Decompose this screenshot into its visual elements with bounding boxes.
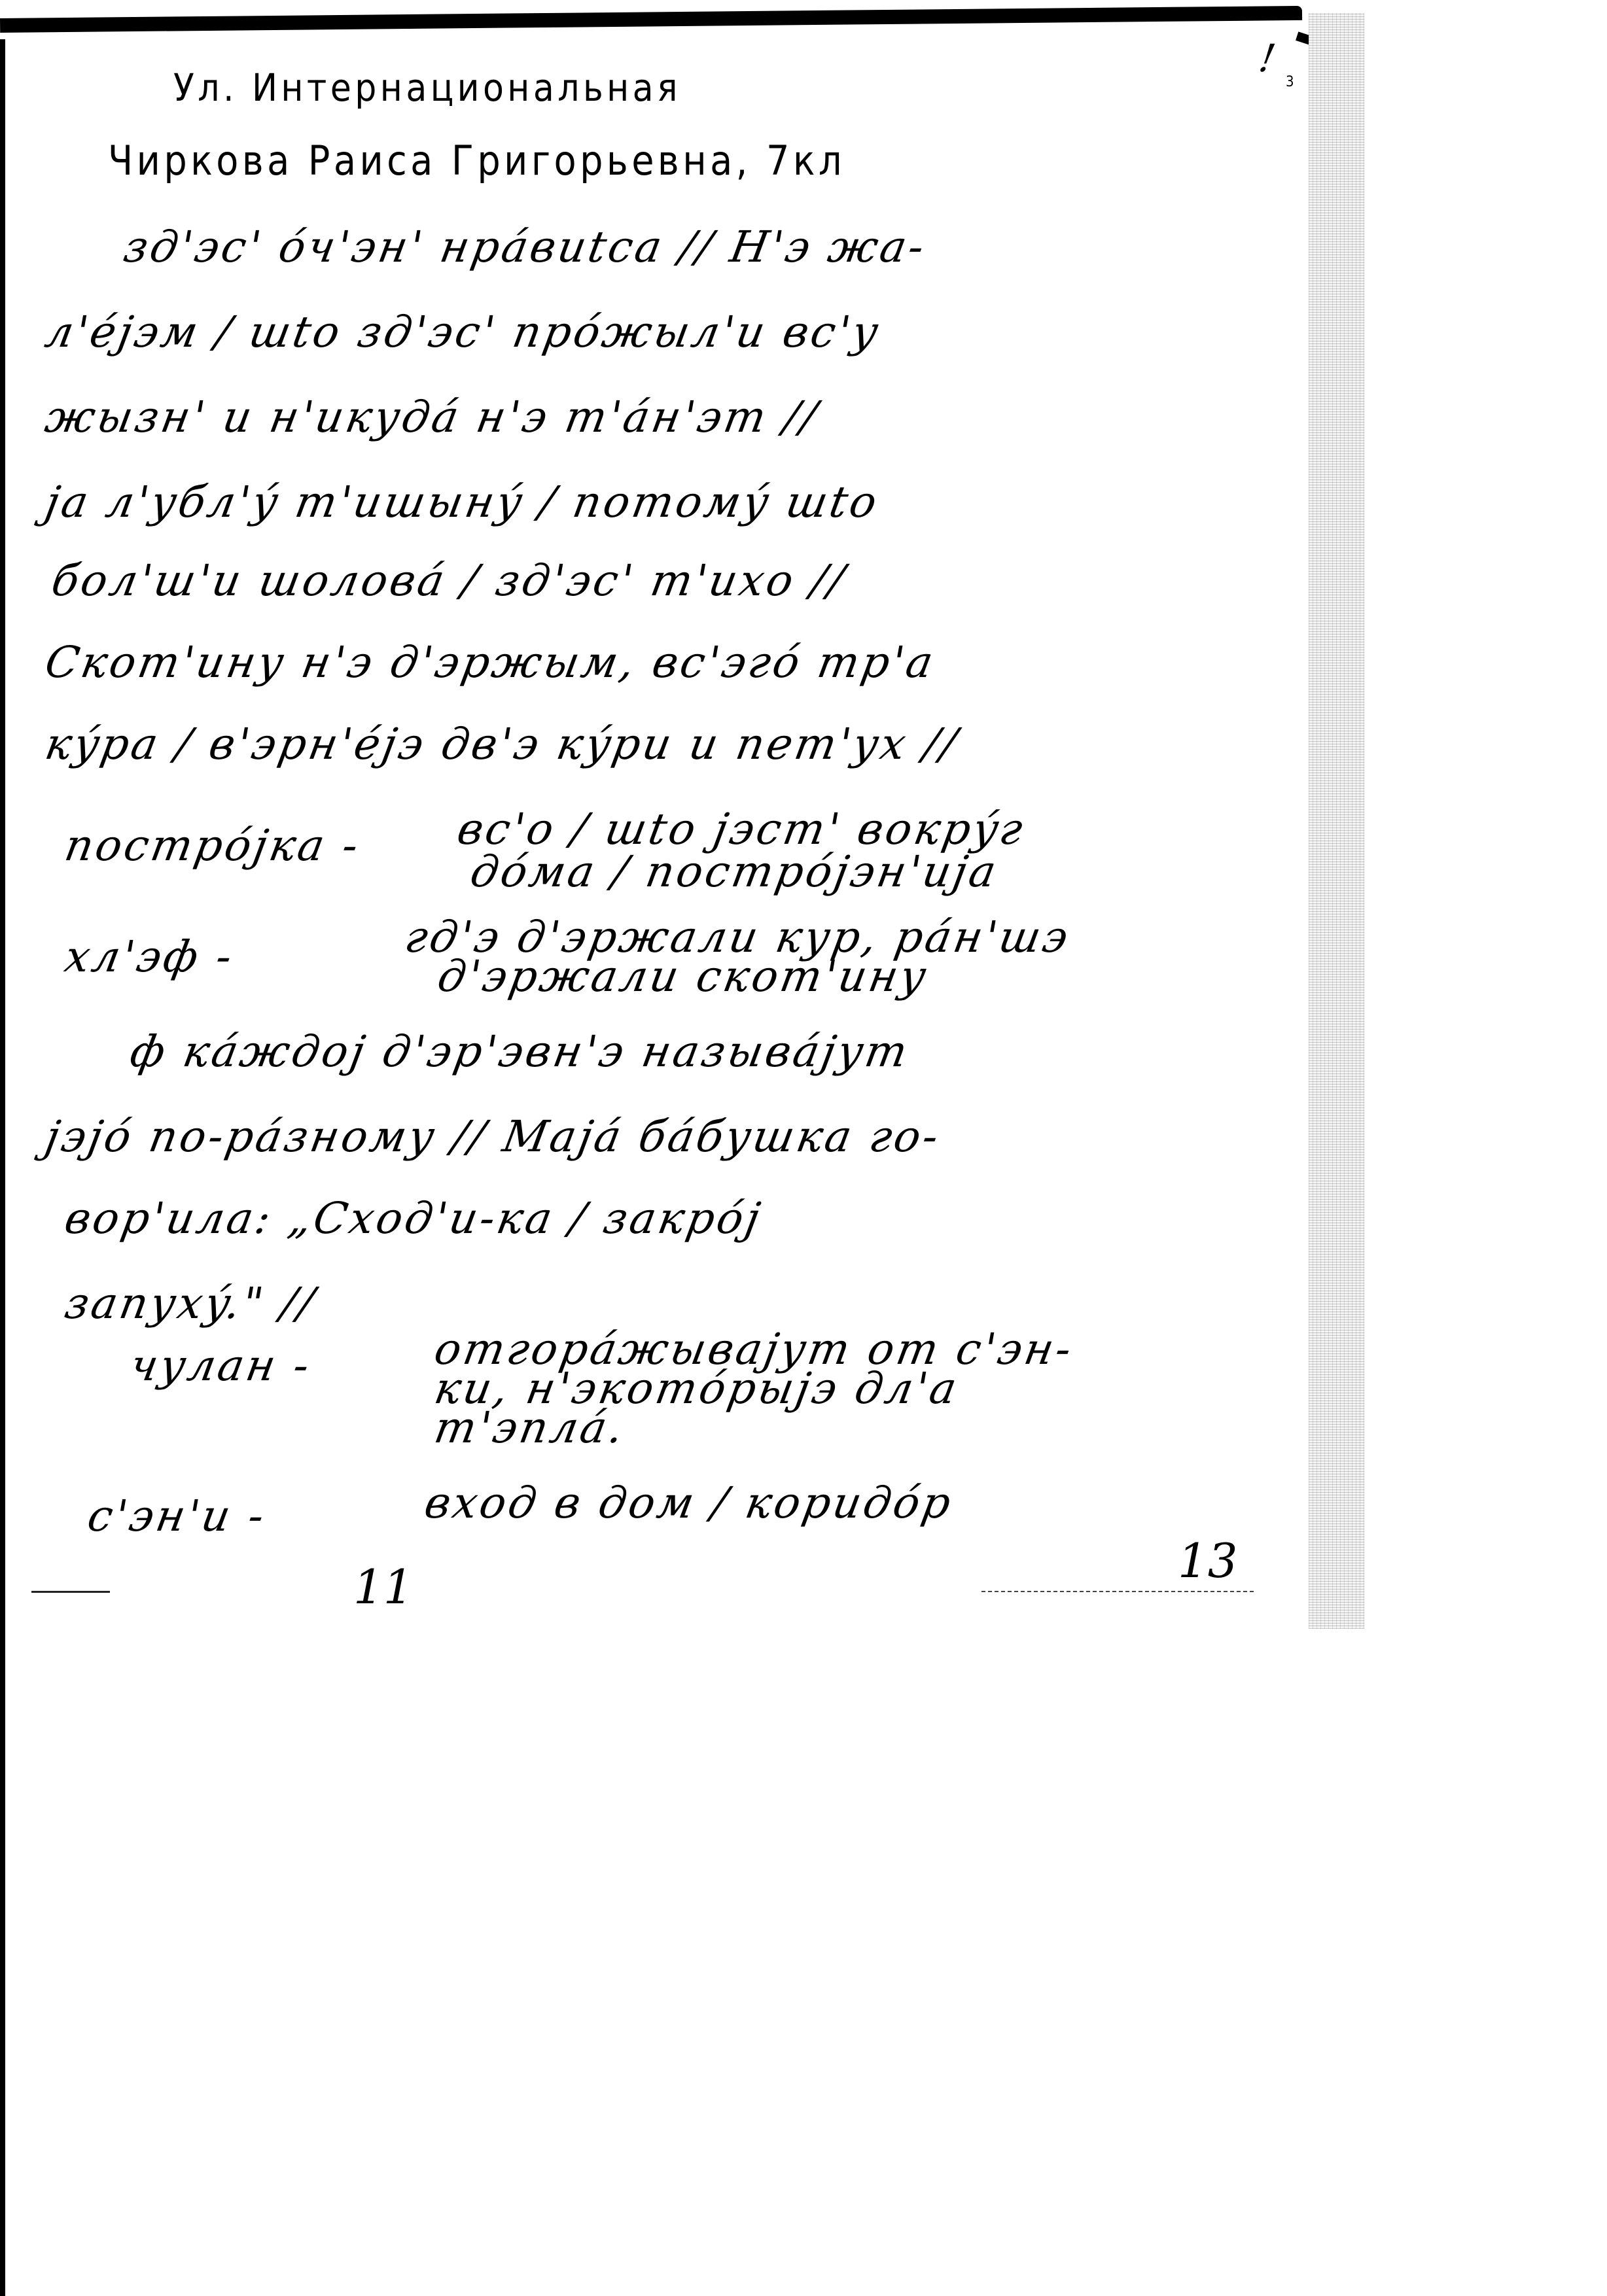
definition-term: чулан - [127,1344,315,1387]
text-line: бол'ш'и шоловá / зд'эс' т'ихо // [48,559,850,602]
scanned-page: ! 3 Ул. Интернациональная Чиркова Раиса … [0,0,1607,2296]
definition-term: хл'эф - [62,935,238,979]
text-line: ja л'убл'ý т'ишынý / потомý шtо [42,481,882,524]
definition-text: д'эржали скот'ину [434,955,932,998]
text-line: запухý." // [62,1282,319,1325]
definition-text: т'эплá. [431,1406,629,1450]
page-bottom-edge [31,1591,110,1593]
text-line: жызн' и н'икудá н'э т'áн'эт // [42,396,822,439]
page-number-left: 11 [353,1563,414,1610]
text-line: л'éjэм / шtо зд'эс' прóжыл'и вс'у [42,311,884,354]
definition-term: с'эн'и - [84,1495,270,1538]
page-left-edge-shadow [0,39,5,2296]
informant-heading: Чиркова Раиса Григорьевна, 7кл [108,141,845,181]
page-number-right: 13 [1178,1537,1238,1584]
text-line: ф кáждоj д'эр'эвн'э назывájут [127,1030,913,1073]
definition-text: вс'о / шtо jэст' вокрýг [454,808,1028,851]
margin-mark: ! [1256,39,1281,77]
text-line: кýра / в'эрн'éjэ дв'э кýри и пет'уx // [42,723,962,766]
page-bottom-edge [981,1591,1256,1592]
adjacent-page-strip [1309,13,1364,1629]
text-line: Скот'ину н'э д'эржым, вс'эгó тр'а [42,641,938,684]
street-heading: Ул. Интернациональная [173,69,681,107]
definition-text: дóма / пострójэн'иjа [467,850,1002,894]
text-line: зд'эс' óч'эн' нрáвиtса // Н'э жа- [120,226,930,269]
text-line: вор'ила: „Сход'и-ка / закрój [62,1197,766,1240]
page-top-edge-shadow [0,6,1302,33]
definition-term: пострójка - [62,824,364,867]
text-line: jэjó по-рáзному // Маjá бáбушка го- [42,1115,944,1158]
definition-text: вход в дом / коридóр [421,1482,956,1525]
margin-mark: 3 [1286,75,1298,90]
